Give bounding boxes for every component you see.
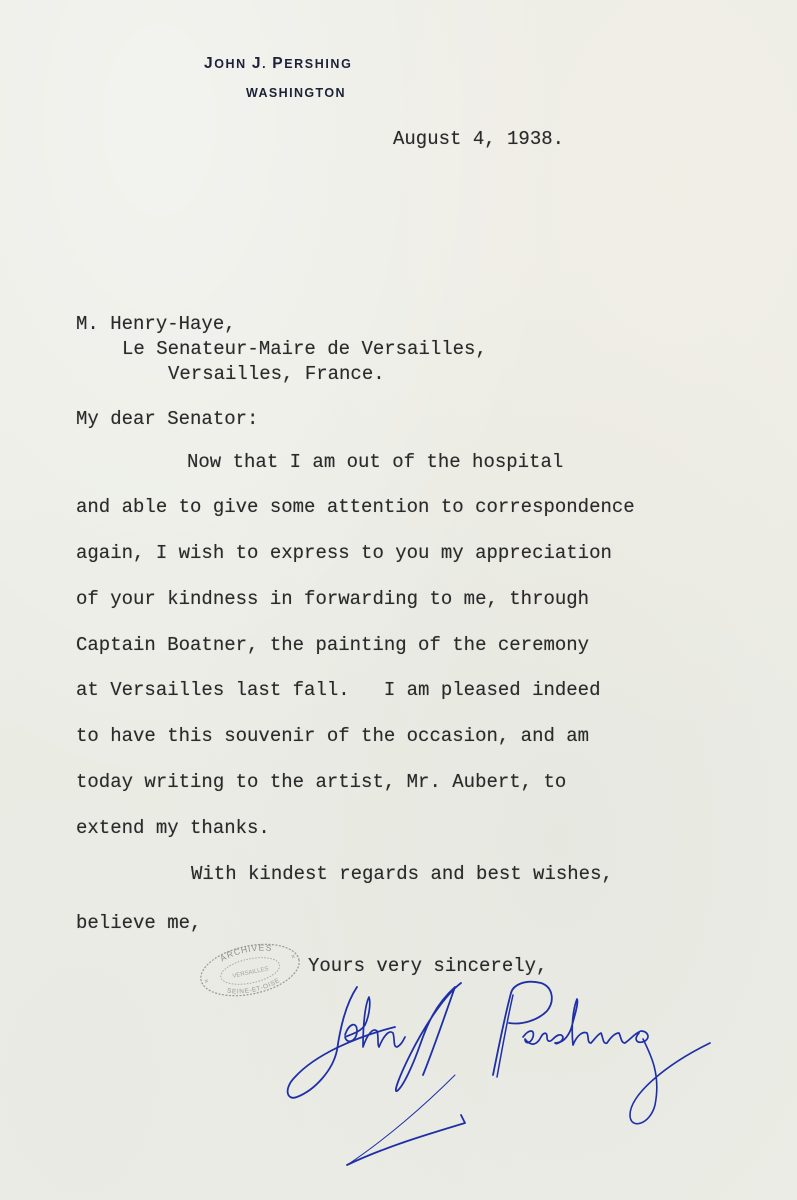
recipient-location: Versailles, France. <box>168 365 385 384</box>
body-line: extend my thanks. <box>76 819 270 838</box>
handwritten-signature <box>285 975 735 1170</box>
body-line: and able to give some attention to corre… <box>76 498 635 517</box>
closing-regards: With kindest regards and best wishes, <box>191 865 613 884</box>
closing-believe-me: believe me, <box>76 914 201 933</box>
body-line: Now that I am out of the hospital <box>187 453 563 472</box>
stamp-star-right: × <box>291 953 296 961</box>
salutation: My dear Senator: <box>76 410 258 429</box>
letter-date: August 4, 1938. <box>393 130 564 149</box>
stamp-star-left: × <box>204 978 209 986</box>
svg-text:ARCHIVES: ARCHIVES <box>217 939 275 964</box>
letterhead-ohn: OHN <box>214 57 252 71</box>
stamp-top-text: ARCHIVES <box>217 939 275 964</box>
letterhead-name: JOHN J. PERSHING <box>204 55 352 73</box>
body-line: today writing to the artist, Mr. Aubert,… <box>76 773 566 792</box>
body-line: to have this souvenir of the occasion, a… <box>76 727 589 746</box>
letterhead-ershing: ERSHING <box>284 57 352 71</box>
recipient-name: M. Henry-Haye, <box>76 315 236 334</box>
body-line: at Versailles last fall. I am pleased in… <box>76 681 601 700</box>
recipient-title: Le Senateur-Maire de Versailles, <box>122 340 487 359</box>
complimentary-close: Yours very sincerely, <box>308 957 547 976</box>
letterhead-city: WASHINGTON <box>246 86 346 100</box>
body-line: again, I wish to express to you my appre… <box>76 544 612 563</box>
letterhead-middle-initial: J <box>252 55 262 72</box>
body-line: Captain Boatner, the painting of the cer… <box>76 636 589 655</box>
stamp-center-text: VERSAILLES <box>232 966 269 979</box>
letterhead-period: . <box>262 57 272 71</box>
letter-page: JOHN J. PERSHING WASHINGTON August 4, 19… <box>0 0 797 1200</box>
signature-strokes <box>285 975 735 1170</box>
body-line: of your kindness in forwarding to me, th… <box>76 590 589 609</box>
letterhead-initial-j: J <box>204 55 214 72</box>
letterhead-initial-p: P <box>272 55 284 72</box>
